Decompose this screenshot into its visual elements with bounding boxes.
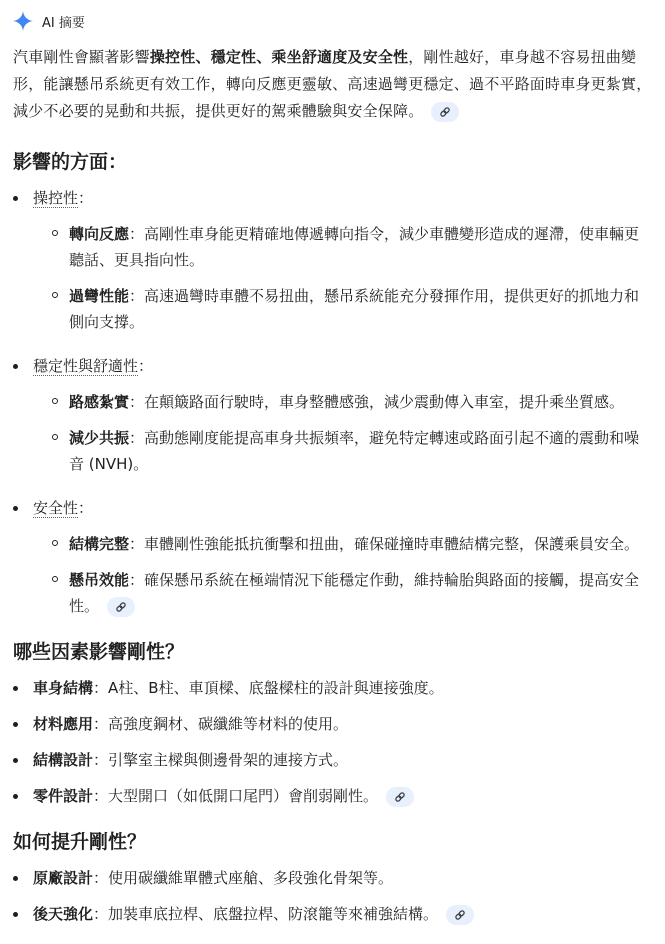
intro-bold: 操控性、穩定性、乘坐舒適度及安全性	[150, 48, 408, 66]
item-text: ：A柱、B柱、車頂樑、底盤樑柱的設計與連接強度。	[93, 679, 444, 697]
aspect-group: 操控性： 轉向反應：高剛性車身能更精確地傳遞轉向指令，減少車體變形造成的遲滯，使…	[13, 185, 653, 335]
aspects-list: 操控性： 轉向反應：高剛性車身能更精確地傳遞轉向指令，減少車體變形造成的遲滯，使…	[13, 185, 653, 619]
item-text: ：在顛簸路面行駛時，車身整體感強，減少震動傳入車室，提升乘坐質感。	[129, 393, 624, 411]
aspect-group: 安全性： 結構完整：車體剛性強能抵抗衝擊和扭曲，確保碰撞時車體結構完整，保護乘員…	[13, 495, 653, 619]
item-text: ：加裝車底拉桿、底盤拉桿、防滾籠等來補強結構。	[93, 905, 438, 923]
list-item: 減少共振：高動態剛度能提高車身共振頻率，避免特定轉速或路面引起不適的震動和噪音 …	[33, 425, 653, 477]
list-item: 轉向反應：高剛性車身能更精確地傳遞轉向指令，減少車體變形造成的遲滯，使車輛更聽話…	[33, 221, 653, 273]
source-link-button[interactable]	[446, 905, 474, 925]
list-item: 零件設計：大型開口（如低開口尾門）會削弱剛性。	[13, 783, 653, 809]
link-icon	[394, 791, 406, 803]
list-item: 過彎性能：高速過彎時車體不易扭曲，懸吊系統能充分發揮作用，提供更好的抓地力和側向…	[33, 283, 653, 335]
item-text: ：高剛性車身能更精確地傳遞轉向指令，減少車體變形造成的遲滯，使車輛更聽話、更具指…	[69, 225, 639, 269]
source-link-button[interactable]	[386, 787, 414, 807]
section-title-factors: 哪些因素影響剛性？	[13, 639, 653, 665]
list-item: 原廠設計：使用碳纖維單體式座艙、多段強化骨架等。	[13, 865, 653, 891]
aspect-label[interactable]: 安全性	[33, 499, 78, 518]
header-title: AI 摘要	[42, 12, 85, 31]
item-text: ：車體剛性強能抵抗衝擊和扭曲，確保碰撞時車體結構完整，保護乘員安全。	[129, 535, 639, 553]
sparkle-icon	[13, 11, 33, 31]
item-text: ：高強度鋼材、碳纖維等材料的使用。	[93, 715, 348, 733]
factors-list: 車身結構：A柱、B柱、車頂樑、底盤樑柱的設計與連接強度。 材料應用：高強度鋼材、…	[13, 675, 653, 809]
list-item: 後天強化：加裝車底拉桿、底盤拉桿、防滾籠等來補強結構。	[13, 901, 653, 927]
ai-overview-header: AI 摘要	[13, 9, 85, 33]
aspect-group: 穩定性與舒適性： 路感紮實：在顛簸路面行駛時，車身整體感強，減少震動傳入車室，提…	[13, 353, 653, 477]
link-icon	[454, 909, 466, 921]
colon: ：	[78, 499, 93, 517]
item-term: 懸吊效能	[69, 571, 129, 589]
item-term: 結構完整	[69, 535, 129, 553]
item-text: ：高速過彎時車體不易扭曲，懸吊系統能充分發揮作用，提供更好的抓地力和側向支撐。	[69, 287, 639, 331]
list-item: 車身結構：A柱、B柱、車頂樑、底盤樑柱的設計與連接強度。	[13, 675, 653, 701]
intro-paragraph: 汽車剛性會顯著影響操控性、穩定性、乘坐舒適度及安全性，剛性越好，車身越不容易扭曲…	[13, 44, 653, 125]
aspect-label[interactable]: 操控性	[33, 189, 78, 208]
item-term: 車身結構	[33, 679, 93, 697]
ai-overview-content: 汽車剛性會顯著影響操控性、穩定性、乘坐舒適度及安全性，剛性越好，車身越不容易扭曲…	[13, 44, 653, 927]
link-icon	[439, 106, 451, 118]
list-item: 結構完整：車體剛性強能抵抗衝擊和扭曲，確保碰撞時車體結構完整，保護乘員安全。	[33, 531, 653, 557]
section-title-aspects: 影響的方面：	[13, 149, 653, 175]
item-text: ：大型開口（如低開口尾門）會削弱剛性。	[93, 787, 378, 805]
link-icon	[115, 601, 127, 613]
list-item: 懸吊效能：確保懸吊系統在極端情況下能穩定作動，維持輪胎與路面的接觸，提高安全性。	[33, 567, 653, 619]
item-text: ：確保懸吊系統在極端情況下能穩定作動，維持輪胎與路面的接觸，提高安全性。	[69, 571, 639, 615]
intro-prefix: 汽車剛性會顯著影響	[13, 48, 150, 66]
list-item: 材料應用：高強度鋼材、碳纖維等材料的使用。	[13, 711, 653, 737]
item-term: 後天強化	[33, 905, 93, 923]
item-text: ：使用碳纖維單體式座艙、多段強化骨架等。	[93, 869, 393, 887]
source-link-button[interactable]	[431, 102, 459, 122]
list-item: 結構設計：引擎室主樑與側邊骨架的連接方式。	[13, 747, 653, 773]
item-term: 轉向反應	[69, 225, 129, 243]
source-link-button[interactable]	[107, 597, 135, 617]
colon: ：	[78, 189, 93, 207]
item-text: ：高動態剛度能提高車身共振頻率，避免特定轉速或路面引起不適的震動和噪音 (NVH…	[69, 429, 639, 473]
item-text: ：引擎室主樑與側邊骨架的連接方式。	[93, 751, 348, 769]
item-term: 過彎性能	[69, 287, 129, 305]
item-term: 減少共振	[69, 429, 129, 447]
item-term: 材料應用	[33, 715, 93, 733]
item-term: 結構設計	[33, 751, 93, 769]
improve-list: 原廠設計：使用碳纖維單體式座艙、多段強化骨架等。 後天強化：加裝車底拉桿、底盤拉…	[13, 865, 653, 927]
section-title-improve: 如何提升剛性？	[13, 829, 653, 855]
item-term: 路感紮實	[69, 393, 129, 411]
item-term: 原廠設計	[33, 869, 93, 887]
colon: ：	[138, 357, 153, 375]
item-term: 零件設計	[33, 787, 93, 805]
list-item: 路感紮實：在顛簸路面行駛時，車身整體感強，減少震動傳入車室，提升乘坐質感。	[33, 389, 653, 415]
aspect-label[interactable]: 穩定性與舒適性	[33, 357, 138, 376]
